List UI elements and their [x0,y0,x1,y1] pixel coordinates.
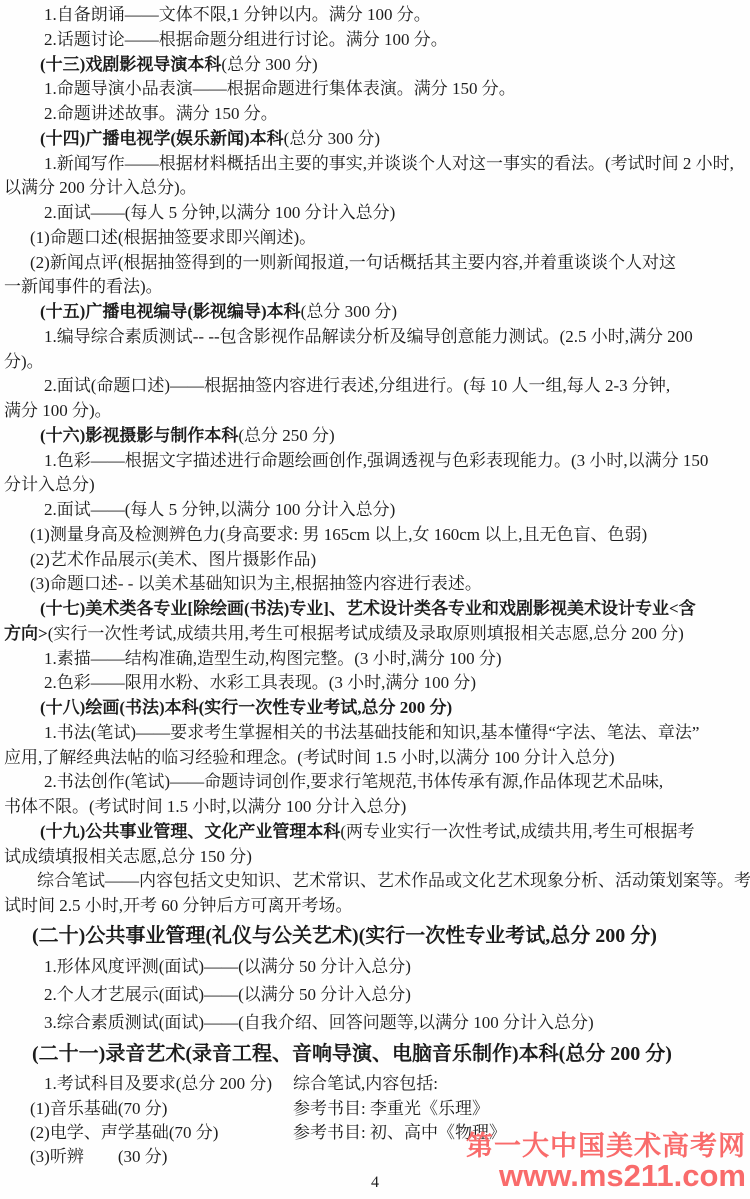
watermark-site-name: 第一大中国美术高考网 [466,1132,746,1161]
text-line: (十九)公共事业管理、文化产业管理本科(两专业实行一次性考试,成绩共用,考生可根… [0,820,750,845]
text-line: 2.命题讲述故事。满分 150 分。 [0,102,750,127]
text-line: (2)艺术作品展示(美术、图片摄影作品) [0,548,750,573]
text-line: (二十一)录音艺术(录音工程、音响导演、电脑音乐制作)本科(总分 200 分) [0,1037,750,1071]
text-line: (十八)绘画(书法)本科(实行一次性专业考试,总分 200 分) [0,696,750,721]
text-line: 1.形体风度评测(面试)——(以满分 50 分计入总分) [0,953,750,981]
text-line: (3)命题口述- - 以美术基础知识为主,根据抽签内容进行表述。 [0,572,750,597]
text-line: 应用,了解经典法帖的临习经验和理念。(考试时间 1.5 小时,以满分 100 分… [0,746,750,771]
text-line: 3.综合素质测试(面试)——(自我介绍、回答问题等,以满分 100 分计入总分) [0,1009,750,1037]
text-line: 2.面试——(每人 5 分钟,以满分 100 分计入总分) [0,498,750,523]
text-line: 2.色彩——限用水粉、水彩工具表现。(3 小时,满分 100 分) [0,671,750,696]
document-body: 1.自备朗诵——文体不限,1 分钟以内。满分 100 分。2.话题讨论——根据命… [0,3,750,1169]
text-line: 分)。 [0,350,750,375]
text-line: 2.书法创作(笔试)——命题诗词创作,要求行笔规范,书体传承有源,作品体现艺术品… [0,770,750,795]
text-line: 1.素描——结构准确,造型生动,构图完整。(3 小时,满分 100 分) [0,647,750,672]
text-line: (二十)公共事业管理(礼仪与公关艺术)(实行一次性专业考试,总分 200 分) [0,919,750,953]
text-line: 1.自备朗诵——文体不限,1 分钟以内。满分 100 分。 [0,3,750,28]
text-line: (十四)广播电视学(娱乐新闻)本科(总分 300 分) [0,127,750,152]
text-line: 试时间 2.5 小时,开考 60 分钟后方可离开考场。 [0,894,750,919]
text-line: 一新闻事件的看法)。 [0,275,750,300]
text-line: 以满分 200 分计入总分)。 [0,176,750,201]
text-line: 1.色彩——根据文字描述进行命题绘画创作,强调透视与色彩表现能力。(3 小时,以… [0,449,750,474]
text-line: (十七)美术类各专业[除绘画(书法)专业]、艺术设计类各专业和戏剧影视美术设计专… [0,597,750,622]
text-line: (2)新闻点评(根据抽签得到的一则新闻报道,一句话概括其主要内容,并着重谈谈个人… [0,251,750,276]
text-line: (十五)广播电视编导(影视编导)本科(总分 300 分) [0,300,750,325]
text-line: (1)命题口述(根据抽签要求即兴阐述)。 [0,226,750,251]
text-line: 2.面试(命题口述)——根据抽签内容进行表述,分组进行。(每 10 人一组,每人… [0,374,750,399]
text-line: 2.话题讨论——根据命题分组进行讨论。满分 100 分。 [0,28,750,53]
document-page: 1.自备朗诵——文体不限,1 分钟以内。满分 100 分。2.话题讨论——根据命… [0,0,750,1199]
text-line: 1.书法(笔试)——要求考生掌握相关的书法基础技能和知识,基本懂得“字法、笔法、… [0,721,750,746]
text-line: (十六)影视摄影与制作本科(总分 250 分) [0,424,750,449]
text-line: 综合笔试——内容包括文史知识、艺术常识、艺术作品或文化艺术现象分析、活动策划案等… [0,869,750,894]
watermark-site-url: www.ms211.com [466,1160,746,1193]
text-line: 1.命题导演小品表演——根据命题进行集体表演。满分 150 分。 [0,77,750,102]
text-line: 书体不限。(考试时间 1.5 小时,以满分 100 分计入总分) [0,795,750,820]
text-line: 2.面试——(每人 5 分钟,以满分 100 分计入总分) [0,201,750,226]
text-line: 方向>(实行一次性考试,成绩共用,考生可根据考试成绩及录取原则填报相关志愿,总分… [0,622,750,647]
text-line: 满分 100 分)。 [0,399,750,424]
text-line: (十三)戏剧影视导演本科(总分 300 分) [0,53,750,78]
watermark: 第一大中国美术高考网 www.ms211.com [466,1132,746,1193]
text-line: (1)音乐基础(70 分)参考书目: 李重光《乐理》 [0,1097,750,1121]
text-line: 1.考试科目及要求(总分 200 分)综合笔试,内容包括: [0,1071,750,1097]
text-line: (1)测量身高及检测辨色力(身高要求: 男 165cm 以上,女 160cm 以… [0,523,750,548]
text-line: 分计入总分) [0,473,750,498]
text-line: 1.编导综合素质测试-- --包含影视作品解读分析及编导创意能力测试。(2.5 … [0,325,750,350]
text-line: 2.个人才艺展示(面试)——(以满分 50 分计入总分) [0,981,750,1009]
text-line: 试成绩填报相关志愿,总分 150 分) [0,845,750,870]
text-line: 1.新闻写作——根据材料概括出主要的事实,并谈谈个人对这一事实的看法。(考试时间… [0,152,750,177]
